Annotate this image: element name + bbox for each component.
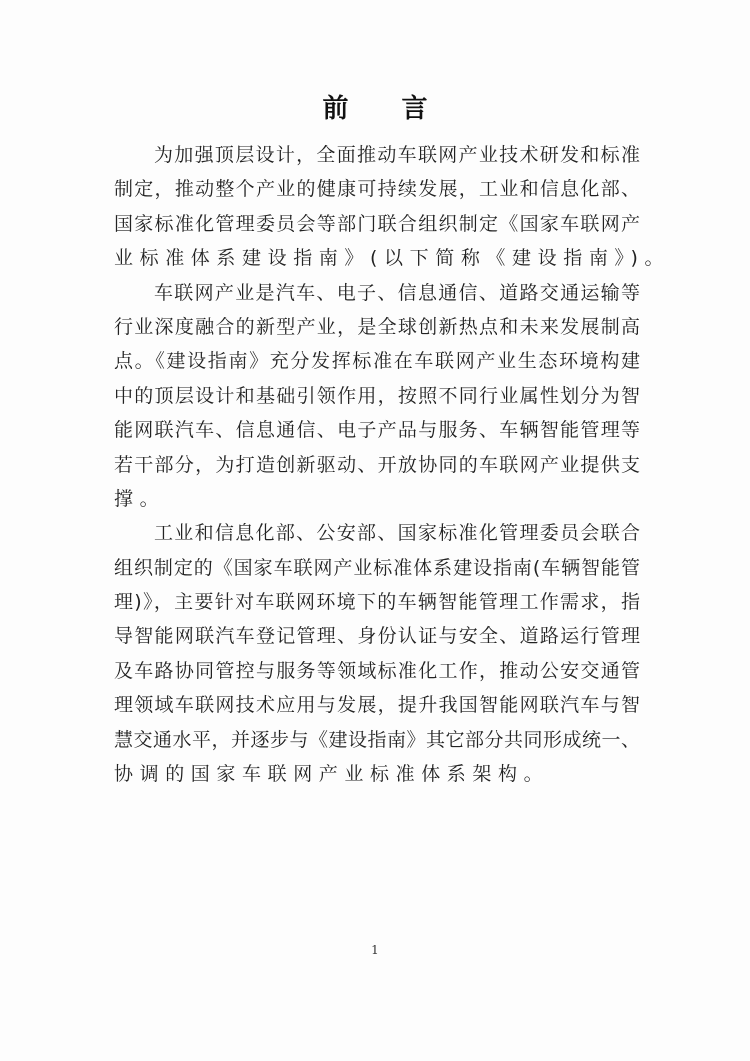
text-line: 组织制定的《国家车联网产业标准体系建设指南(车辆智能管 xyxy=(114,551,640,585)
text-line: 制定，推动整个产业的健康可持续发展，工业和信息化部、 xyxy=(114,172,640,206)
text-line: 慧交通水平，并逐步与《建设指南》其它部分共同形成统一、 xyxy=(114,723,640,757)
text-line: 业标准体系建设指南》(以下简称《建设指南》)。 xyxy=(114,241,640,275)
page-title: 前 言 xyxy=(0,88,750,125)
text-line: 及车路协同管控与服务等领域标准化工作，推动公安交通管 xyxy=(114,654,640,688)
text-line: 协调的国家车联网产业标准体系架构。 xyxy=(114,757,640,791)
paragraph-2: 车联网产业是汽车、电子、信息通信、道路交通运输等 行业深度融合的新型产业，是全球… xyxy=(114,276,640,517)
text-line: 车联网产业是汽车、电子、信息通信、道路交通运输等 xyxy=(114,276,640,310)
paragraph-1: 为加强顶层设计，全面推动车联网产业技术研发和标准 制定，推动整个产业的健康可持续… xyxy=(114,138,640,276)
text-line: 理领域车联网技术应用与发展，提升我国智能网联汽车与智 xyxy=(114,688,640,722)
text-line: 撑。 xyxy=(114,482,640,516)
text-line: 工业和信息化部、公安部、国家标准化管理委员会联合 xyxy=(114,516,640,550)
document-body: 为加强顶层设计，全面推动车联网产业技术研发和标准 制定，推动整个产业的健康可持续… xyxy=(114,138,640,791)
text-line: 若干部分，为打造创新驱动、开放协同的车联网产业提供支 xyxy=(114,448,640,482)
text-line: 点。《建设指南》充分发挥标准在车联网产业生态环境构建 xyxy=(114,344,640,378)
text-line: 中的顶层设计和基础引领作用，按照不同行业属性划分为智 xyxy=(114,379,640,413)
text-line: 导智能网联汽车登记管理、身份认证与安全、道路运行管理 xyxy=(114,619,640,653)
page-number: 1 xyxy=(0,943,750,957)
paragraph-3: 工业和信息化部、公安部、国家标准化管理委员会联合 组织制定的《国家车联网产业标准… xyxy=(114,516,640,791)
document-page: 前 言 为加强顶层设计，全面推动车联网产业技术研发和标准 制定，推动整个产业的健… xyxy=(0,0,750,1061)
text-line: 行业深度融合的新型产业，是全球创新热点和未来发展制高 xyxy=(114,310,640,344)
text-line: 为加强顶层设计，全面推动车联网产业技术研发和标准 xyxy=(114,138,640,172)
text-line: 理)》，主要针对车联网环境下的车辆智能管理工作需求，指 xyxy=(114,585,640,619)
text-line: 能网联汽车、信息通信、电子产品与服务、车辆智能管理等 xyxy=(114,413,640,447)
text-line: 国家标准化管理委员会等部门联合组织制定《国家车联网产 xyxy=(114,207,640,241)
